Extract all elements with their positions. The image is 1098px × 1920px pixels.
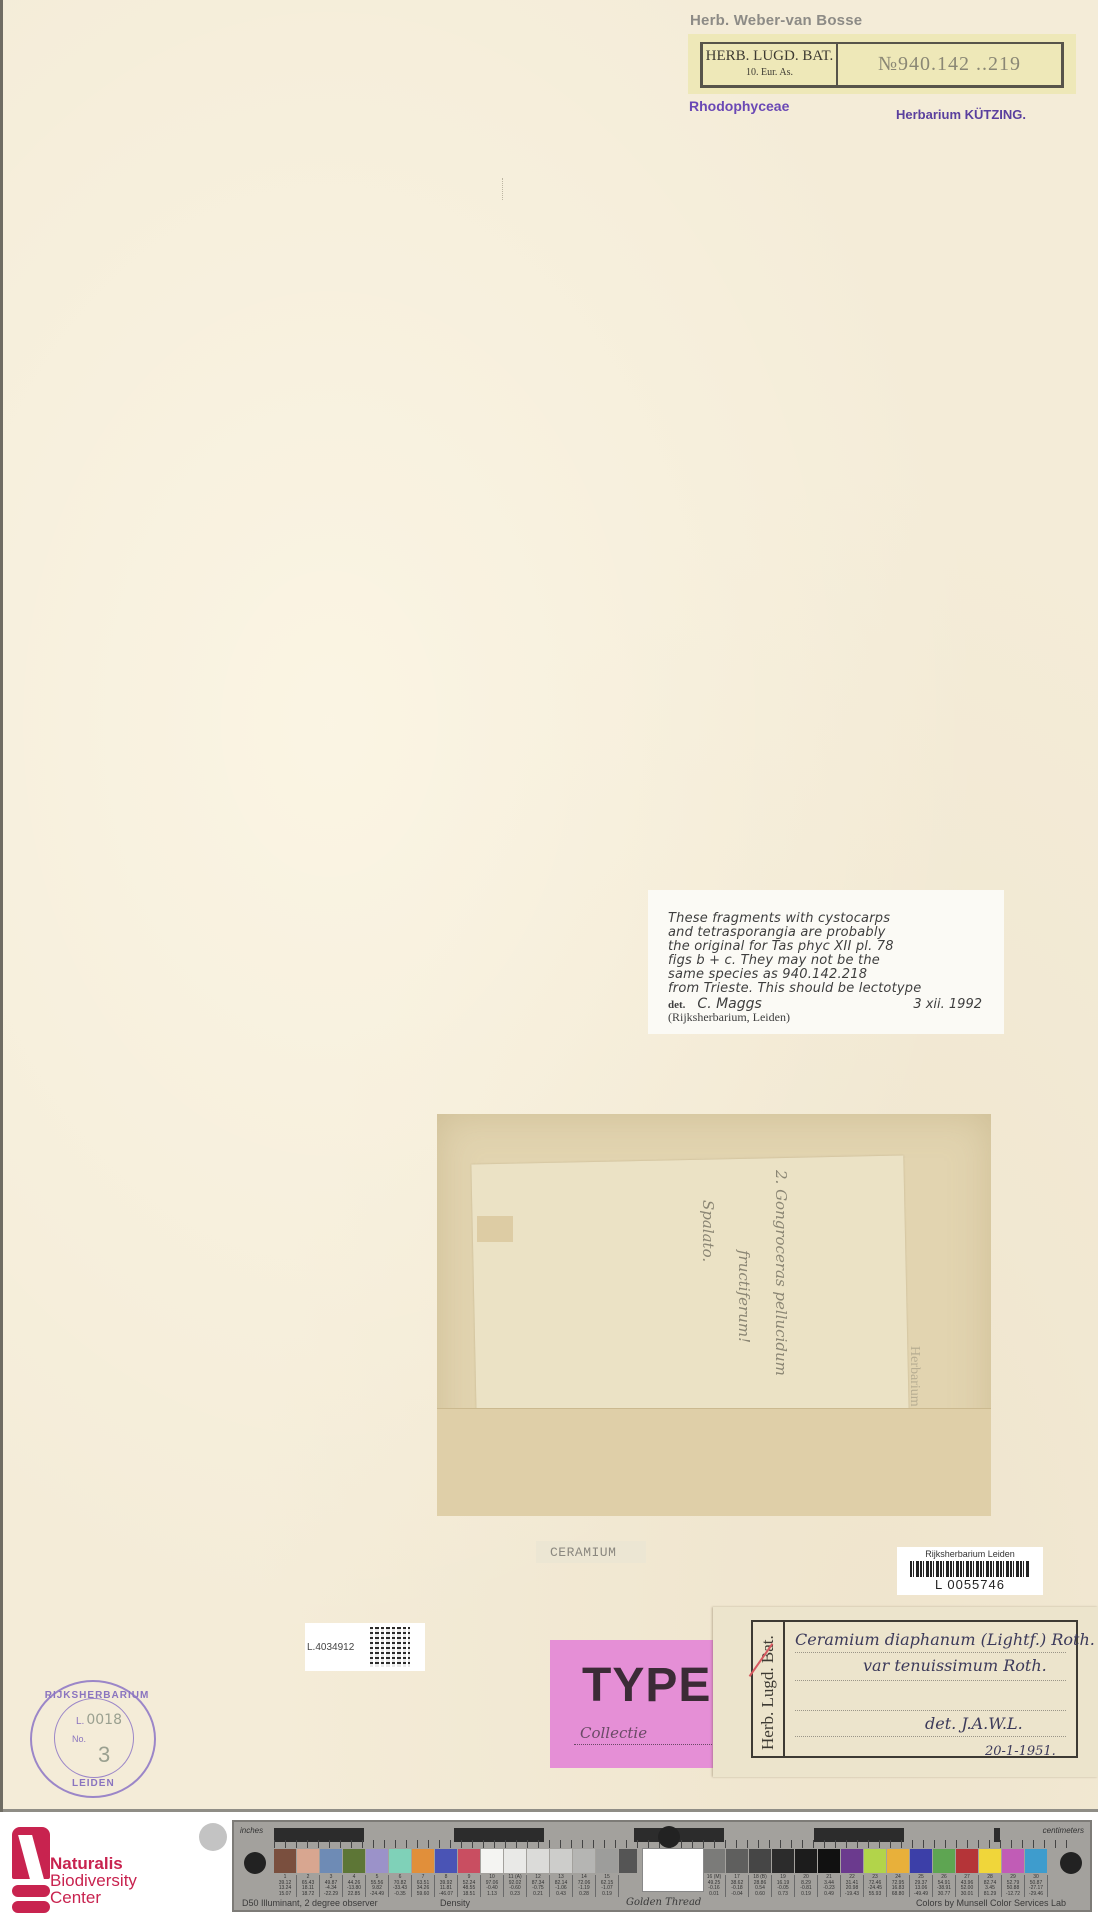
illuminant-text: D50 Illuminant, 2 degree observer bbox=[242, 1898, 378, 1908]
determination-date: 20-1-1951. bbox=[985, 1744, 1056, 1759]
munsell-credit: Colors by Munsell Color Services Lab bbox=[916, 1898, 1066, 1908]
determination-date: 3 xii. 1992 bbox=[913, 997, 982, 1012]
color-calibration-chart: inches centimeters bbox=[232, 1820, 1092, 1912]
dotted-line bbox=[795, 1652, 1066, 1653]
dotted-line bbox=[795, 1736, 1066, 1737]
barcode-number: L 0055746 bbox=[935, 1577, 1005, 1592]
swatch-21 bbox=[818, 1849, 840, 1873]
note-line: the original for Tas phyc XII pl. 78 bbox=[668, 940, 990, 954]
inches-label: inches bbox=[240, 1826, 263, 1835]
black-dot-icon bbox=[1060, 1852, 1082, 1874]
swatch-wedge bbox=[619, 1849, 637, 1873]
datamatrix-code-icon bbox=[370, 1627, 410, 1667]
stamp-bottom-text: LEIDEN bbox=[72, 1778, 115, 1789]
barcode-label: Rijksherbarium Leiden L 0055746 bbox=[897, 1547, 1043, 1595]
logo-bar-icon bbox=[12, 1901, 50, 1913]
dotted-line bbox=[795, 1680, 1066, 1681]
swatch-14 bbox=[573, 1849, 595, 1873]
dotted-line bbox=[574, 1744, 724, 1745]
swatch-17 bbox=[726, 1849, 748, 1873]
swatch-26 bbox=[933, 1849, 955, 1873]
dotted-line bbox=[795, 1710, 1066, 1711]
barcode-icon bbox=[910, 1561, 1030, 1577]
swatch-5 bbox=[366, 1849, 388, 1873]
determiner: det. J.A.W.L. bbox=[925, 1714, 1023, 1733]
type-label: TYPE Collectie bbox=[550, 1640, 720, 1768]
swatch-24 bbox=[887, 1849, 909, 1873]
region-text: 10. Eur. As. bbox=[703, 67, 836, 78]
n-logo-icon bbox=[12, 1827, 50, 1879]
golden-thread-brand: Golden Thread bbox=[626, 1897, 701, 1908]
naturalis-logo: Naturalis Biodiversity Center bbox=[12, 1827, 152, 1917]
annotation-note: These fragments with cystocarps and tetr… bbox=[648, 890, 1004, 1034]
note-line: These fragments with cystocarps bbox=[668, 912, 990, 926]
swatch-27 bbox=[956, 1849, 978, 1873]
swatch-13 bbox=[550, 1849, 572, 1873]
swatch-25 bbox=[910, 1849, 932, 1873]
swatch-28 bbox=[979, 1849, 1001, 1873]
collection-stamp: Herb. Weber-van Bosse bbox=[690, 12, 862, 29]
grey-dot-icon bbox=[199, 1823, 227, 1851]
logo-line-2: Biodiversity bbox=[50, 1872, 137, 1889]
swatch-22 bbox=[841, 1849, 863, 1873]
institution-text: HERB. LUGD. BAT. bbox=[703, 48, 836, 65]
stamp-no-label: No. bbox=[72, 1734, 86, 1744]
swatch-4 bbox=[343, 1849, 365, 1873]
packet-writing: 2. Gongroceras pellucidum bbox=[772, 1170, 790, 1376]
swatch-16 bbox=[703, 1849, 725, 1873]
stamp-no-value: 3 bbox=[98, 1742, 110, 1768]
swatch-1 bbox=[274, 1849, 296, 1873]
logo-line-1: Naturalis bbox=[50, 1855, 137, 1872]
logo-line-3: Center bbox=[50, 1889, 137, 1906]
type-collection-note: Collectie bbox=[580, 1724, 647, 1742]
swatch-8 bbox=[435, 1849, 457, 1873]
packet-inner-envelope bbox=[471, 1156, 908, 1420]
genus-label: CERAMIUM bbox=[536, 1541, 646, 1563]
swatch-3 bbox=[320, 1849, 342, 1873]
stamp-l-label: L. bbox=[76, 1716, 84, 1727]
density-label: Density bbox=[440, 1898, 470, 1908]
note-institution: (Rijksherbarium, Leiden) bbox=[668, 1010, 990, 1025]
swatch-19 bbox=[772, 1849, 794, 1873]
logo-bar-icon bbox=[12, 1885, 50, 1897]
stamp-inner-circle bbox=[54, 1698, 134, 1778]
swatch-10 bbox=[481, 1849, 503, 1873]
swatch-7 bbox=[412, 1849, 434, 1873]
note-line: and tetrasporangia are probably bbox=[668, 926, 990, 940]
swatch-6 bbox=[389, 1849, 411, 1873]
stamp-l-number: 0018 bbox=[86, 1712, 122, 1728]
packet-fold-flap bbox=[437, 1408, 991, 1516]
group-stamp: Rhodophyceae bbox=[689, 98, 789, 114]
barcode-institution: Rijksherbarium Leiden bbox=[925, 1549, 1015, 1559]
determination-label: Herb. Lugd. Bat. Ceramium diaphanum (Lig… bbox=[713, 1607, 1098, 1777]
taxon-variety: var tenuissimum Roth. bbox=[863, 1656, 1047, 1675]
herbarium-stamp: Herbarium KÜTZING. bbox=[896, 107, 1026, 122]
swatch-2 bbox=[297, 1849, 319, 1873]
centimeters-label: centimeters bbox=[1043, 1826, 1084, 1835]
swatch-12 bbox=[527, 1849, 549, 1873]
herbarium-sheet: Herb. Weber-van Bosse HERB. LUGD. BAT. 1… bbox=[0, 0, 1098, 1812]
packet-writing: Spalato. bbox=[699, 1200, 717, 1262]
type-title: TYPE bbox=[582, 1658, 711, 1713]
margin-mark bbox=[502, 178, 504, 200]
accession-number: №940.142 ..219 bbox=[838, 44, 1061, 85]
swatch-9 bbox=[458, 1849, 480, 1873]
taxon-name: Ceramium diaphanum (Lightf.) Roth. bbox=[795, 1630, 1095, 1649]
packet-tape bbox=[477, 1216, 513, 1242]
swatch-20 bbox=[795, 1849, 817, 1873]
lab-values-table: 139.1213.2415.07 265.4318.1118.72 349.87… bbox=[274, 1875, 1048, 1897]
sheet-edge bbox=[0, 0, 3, 1812]
herbarium-number-label: HERB. LUGD. BAT. 10. Eur. As. №940.142 .… bbox=[688, 34, 1076, 94]
swatch-15 bbox=[596, 1849, 618, 1873]
black-dot-icon bbox=[244, 1852, 266, 1874]
swatch-11 bbox=[504, 1849, 526, 1873]
rijksherbarium-stamp: RIJKSHERBARIUM L.0018 No. 3 LEIDEN bbox=[30, 1680, 156, 1798]
swatch-18 bbox=[749, 1849, 771, 1873]
swatch-29 bbox=[1002, 1849, 1024, 1873]
swatch-23 bbox=[864, 1849, 886, 1873]
datamatrix-number: L.4034912 bbox=[307, 1642, 354, 1653]
packet-writing: fructiferum! bbox=[735, 1250, 753, 1343]
black-dot-icon bbox=[658, 1826, 680, 1848]
datamatrix-label: L.4034912 bbox=[305, 1623, 425, 1671]
label-vertical-title: Herb. Lugd. Bat. bbox=[758, 1635, 778, 1750]
footer: Naturalis Biodiversity Center inches cen… bbox=[0, 1815, 1098, 1920]
note-line: figs b + c. They may not be the bbox=[668, 954, 990, 968]
note-line: same species as 940.142.218 bbox=[668, 968, 990, 982]
note-line: from Trieste. This should be lectotype bbox=[668, 982, 990, 996]
swatch-30 bbox=[1025, 1849, 1047, 1873]
